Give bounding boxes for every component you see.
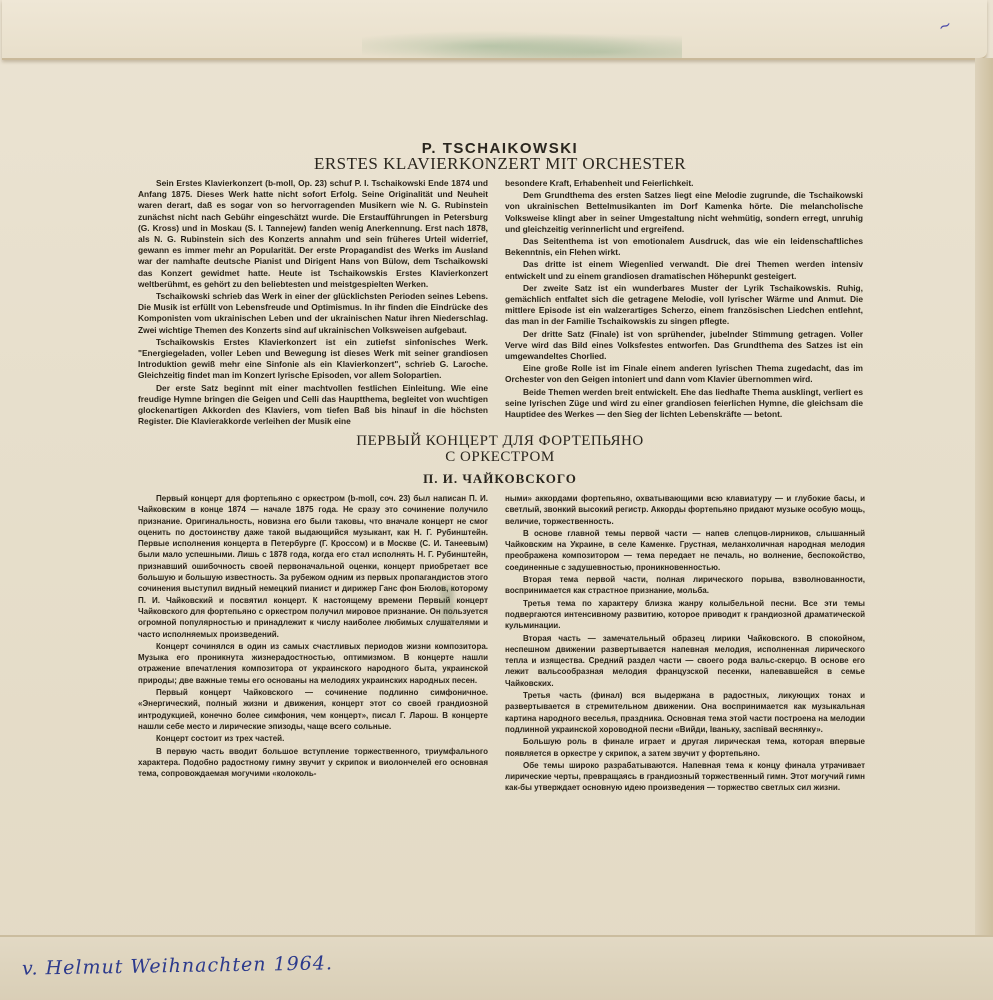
ink-stain xyxy=(440,585,454,625)
paragraph: Tschaikowski schrieb das Werk in einer d… xyxy=(138,291,488,336)
paragraph: В основе главной темы первой части — нап… xyxy=(505,528,865,573)
german-title-heading: ERSTES KLAVIERKONZERT MIT ORCHESTER xyxy=(130,154,870,174)
record-sleeve-back: ~ P. TSCHAIKOWSKI ERSTES KLAVIERKONZERT … xyxy=(0,0,993,1000)
paragraph: Der erste Satz beginnt mit einer machtvo… xyxy=(138,383,488,428)
paragraph: Sein Erstes Klavierkonzert (b-moll, Op. … xyxy=(138,178,488,290)
russian-composer-heading: П. И. ЧАЙКОВСКОГО xyxy=(130,471,870,487)
russian-text-left-column: Первый концерт для фортепьяно с оркестро… xyxy=(138,493,488,780)
paragraph: Концерт сочинялся в один из самых счастл… xyxy=(138,641,488,686)
paragraph: В первую часть вводит большое вступление… xyxy=(138,746,488,780)
paragraph: Обе темы широко разрабатываются. Напевна… xyxy=(505,760,865,794)
paragraph: Вторая тема первой части, полная лиричес… xyxy=(505,574,865,597)
paragraph: Das Seitenthema ist von emotionalem Ausd… xyxy=(505,236,863,258)
paragraph: Eine große Rolle ist im Finale einem and… xyxy=(505,363,863,385)
paragraph: Третья часть (финал) вся выдержана в рад… xyxy=(505,690,865,735)
russian-title-line2: С ОРКЕСТРОМ xyxy=(130,449,870,466)
sleeve-edge xyxy=(975,58,993,938)
paragraph: Первый концерт Чайковского — сочинение п… xyxy=(138,687,488,732)
paragraph: Der zweite Satz ist ein wunderbares Must… xyxy=(505,283,863,328)
top-flap: ~ xyxy=(2,0,987,60)
paragraph: Вторая часть — замечательный образец лир… xyxy=(505,633,865,689)
paragraph: Большую роль в финале играет и другая ли… xyxy=(505,736,865,759)
german-text-right-column: besondere Kraft, Erhabenheit und Feierli… xyxy=(505,178,863,421)
paragraph: ными» аккордами фортепьяно, охватывающим… xyxy=(505,493,865,527)
paragraph: Первый концерт для фортепьяно с оркестро… xyxy=(138,493,488,640)
mold-stain xyxy=(362,28,682,58)
paragraph: besondere Kraft, Erhabenheit und Feierli… xyxy=(505,178,863,189)
paragraph: Tschaikowskis Erstes Klavierkonzert ist … xyxy=(138,337,488,382)
paragraph: Beide Themen werden breit entwickelt. Eh… xyxy=(505,387,863,421)
paragraph: Der dritte Satz (Finale) ist von sprühen… xyxy=(505,329,863,363)
paragraph: Das dritte ist einem Wiegenlied verwandt… xyxy=(505,259,863,281)
paragraph: Третья тема по характеру близка жанру ко… xyxy=(505,598,865,632)
german-text-left-column: Sein Erstes Klavierkonzert (b-moll, Op. … xyxy=(138,178,488,428)
corner-pen-mark: ~ xyxy=(935,14,955,37)
russian-text-right-column: ными» аккордами фортепьяно, охватывающим… xyxy=(505,493,865,795)
paragraph: Dem Grundthema des ersten Satzes liegt e… xyxy=(505,190,863,235)
paragraph: Концерт состоит из трех частей. xyxy=(138,733,488,744)
russian-title-line1: ПЕРВЫЙ КОНЦЕРТ ДЛЯ ФОРТЕПЬЯНО xyxy=(130,433,870,450)
